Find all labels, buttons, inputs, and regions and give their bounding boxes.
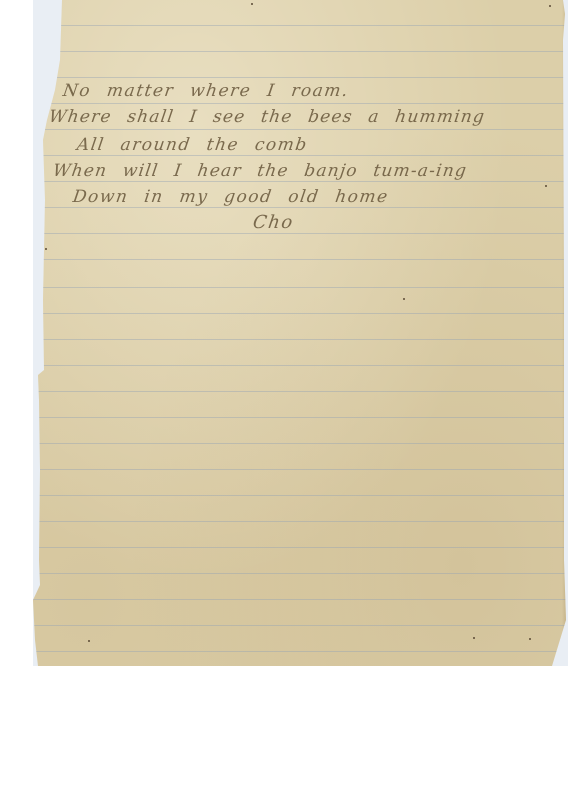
ruled-line [33,547,568,548]
ruled-line [33,573,568,574]
ruled-line [33,339,568,340]
ruled-line [33,469,568,470]
paper-speck [251,3,253,5]
ruled-line [33,155,568,156]
paper-speck [545,185,547,187]
ruled-line [33,417,568,418]
ruled-line [33,313,568,314]
chorus-marker: Cho [252,212,296,233]
ruled-line [33,207,568,208]
ruled-line [33,77,568,78]
ruled-line [33,521,568,522]
scan-page: No matter where I roam. Where shall I se… [0,0,582,800]
handwritten-line-2: Where shall I see the bees a humming [48,107,487,127]
ruled-line [33,259,568,260]
ruled-line [33,599,568,600]
ruled-line [33,233,568,234]
handwritten-line-3: All around the comb [76,135,310,155]
ruled-line [33,625,568,626]
ruled-line [33,443,568,444]
paper-speck [549,5,551,7]
ruled-line [33,365,568,366]
paper-speck [45,248,47,250]
ruled-line [33,51,568,52]
paper-speck [473,637,475,639]
paper-speck [529,638,531,640]
ruled-line [33,25,568,26]
paper-speck [403,298,405,300]
paper-speck [88,640,90,642]
handwritten-line-1: No matter where I roam. [62,81,351,101]
handwritten-line-4: When will I hear the banjo tum-a-ing [52,161,469,181]
handwritten-line-5: Down in my good old home [72,187,390,207]
ruled-line [33,391,568,392]
ruled-line [33,129,568,130]
ruled-line [33,287,568,288]
ruled-line [33,103,568,104]
ruled-line [33,181,568,182]
ruled-line [33,495,568,496]
manuscript-paper: No matter where I roam. Where shall I se… [33,0,568,666]
ruled-line [33,651,568,652]
